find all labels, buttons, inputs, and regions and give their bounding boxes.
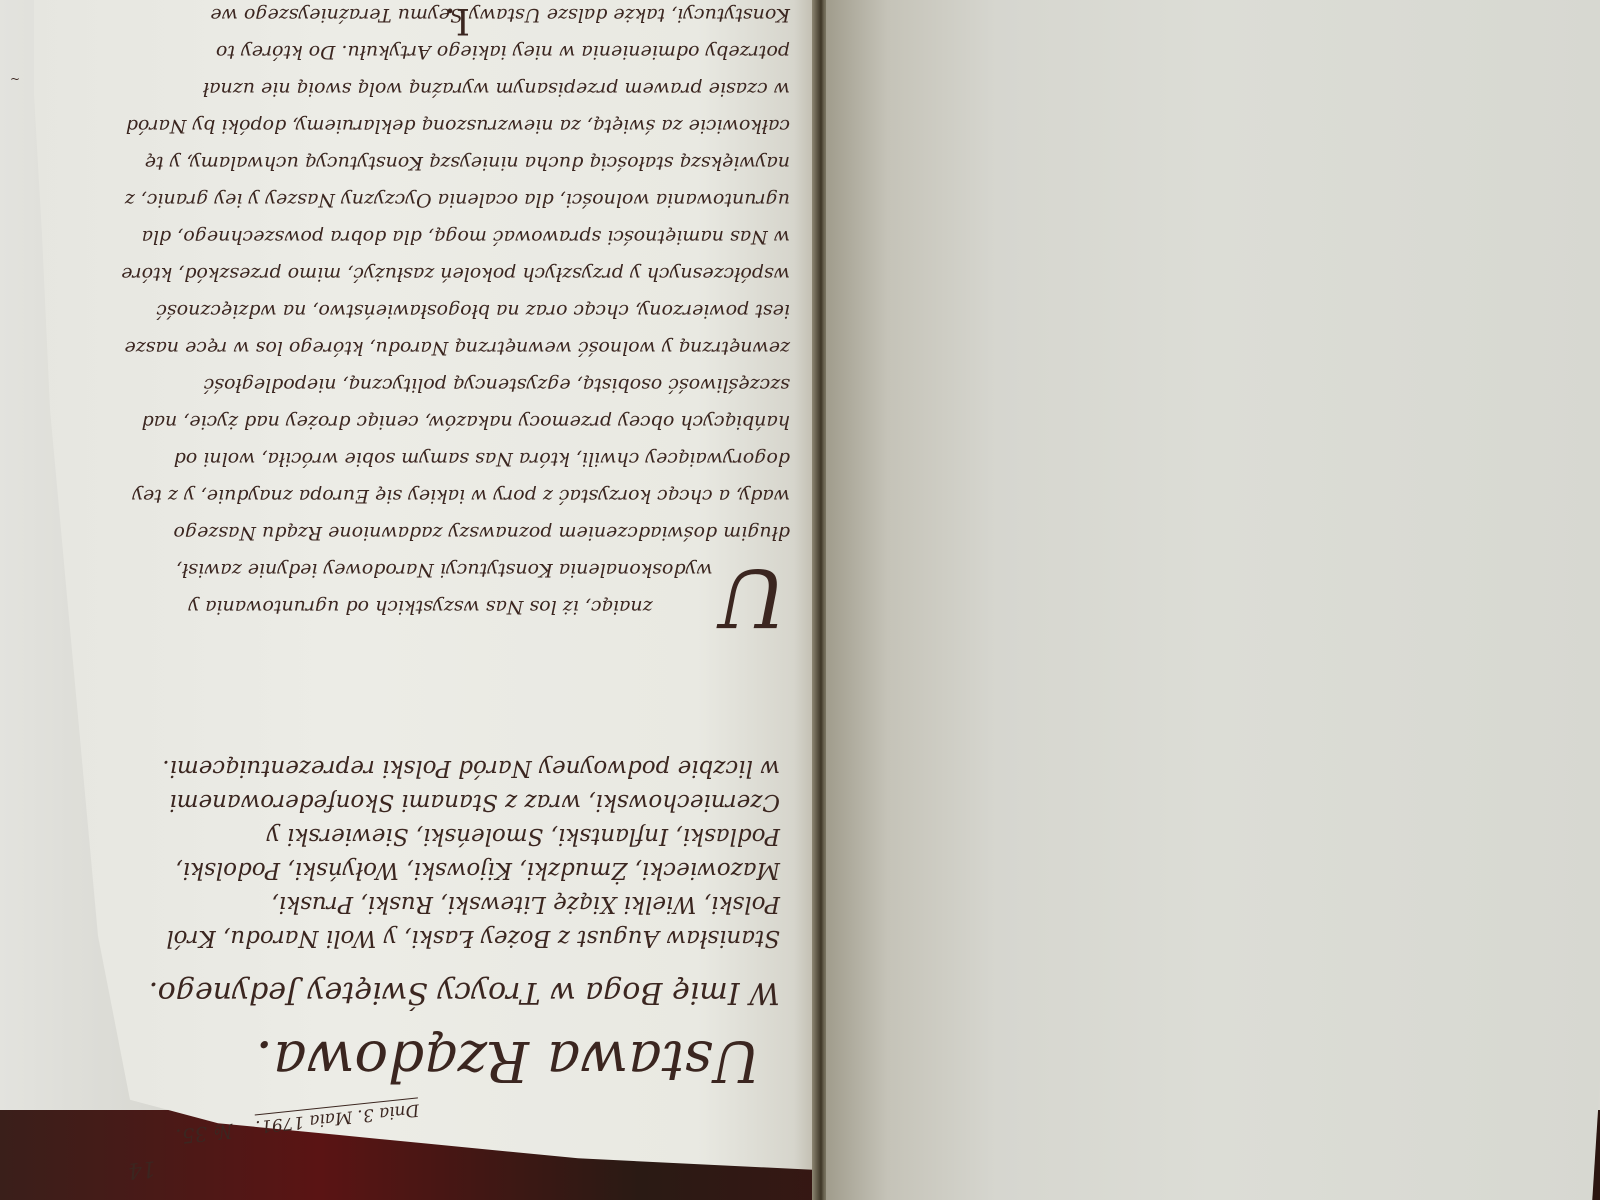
archival-annotation: Dnia 3. Maia 1791. № 35. 14	[120, 1098, 421, 1153]
preamble-text: znaiąc, iż los Nas wszystkich od ugrunto…	[121, 0, 790, 618]
manuscript-text-block: Dnia 3. Maia 1791. № 35. 14 Ustawa Rządo…	[100, 0, 800, 1160]
annotation-date: Dnia 3. Maia 1791.	[254, 1097, 420, 1136]
page-number: 14	[127, 1156, 157, 1181]
drop-cap: U	[719, 577, 846, 617]
section-number: I.	[444, 0, 470, 41]
document-title: Ustawa Rządowa.	[255, 1030, 760, 1090]
preamble-paragraph: Uznaiąc, iż los Nas wszystkich od ugrunt…	[120, 0, 790, 625]
right-page-blank	[826, 0, 1600, 1200]
royal-intitulation: Stanisław August z Bożey Łaski, y Woli N…	[160, 751, 780, 955]
margin-mark: ~	[10, 72, 20, 86]
invocation-line: W Imię Boga w Troycy Świętey Jedynego.	[149, 975, 780, 1010]
annotation-number: № 35.	[174, 1119, 233, 1149]
